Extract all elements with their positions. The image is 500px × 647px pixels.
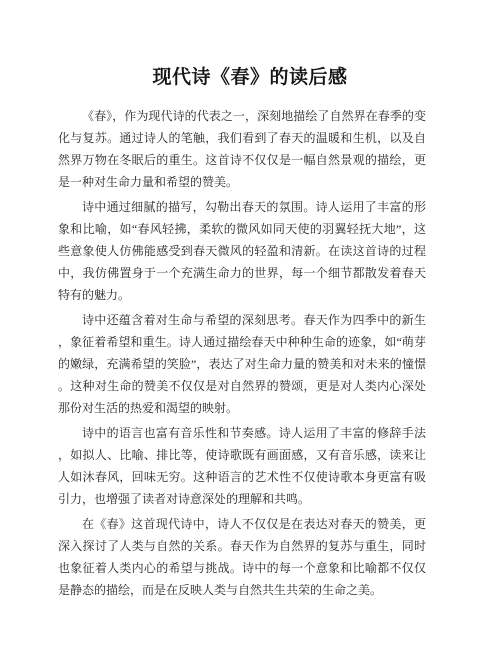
- document-page: 现代诗《春》的读后感 《春》，作为现代诗的代表之一，深刻地描绘了自然界在春季的变…: [0, 0, 500, 647]
- body-paragraph: 《春》，作为现代诗的代表之一，深刻地描绘了自然界在春季的变化与复苏。通过诗人的笔…: [58, 105, 426, 193]
- body-paragraph: 诗中还蕴含着对生命与希望的深刻思考。春天作为四季中的新生，象征着希望和重生。诗人…: [58, 309, 426, 419]
- body-paragraph: 在《春》这首现代诗中，诗人不仅仅是在表达对春天的赞美，更深入探讨了人类与自然的关…: [58, 513, 426, 601]
- body-paragraph: 诗中通过细腻的描写，勾勒出春天的氛围。诗人运用了丰富的形象和比喻，如“春风轻拂，…: [58, 196, 426, 306]
- document-title: 现代诗《春》的读后感: [0, 13, 500, 91]
- body-paragraph: 诗中的语言也富有音乐性和节奏感。诗人运用了丰富的修辞手法，如拟人、比喻、排比等，…: [58, 422, 426, 510]
- document-body: 《春》，作为现代诗的代表之一，深刻地描绘了自然界在春季的变化与复苏。通过诗人的笔…: [58, 105, 426, 601]
